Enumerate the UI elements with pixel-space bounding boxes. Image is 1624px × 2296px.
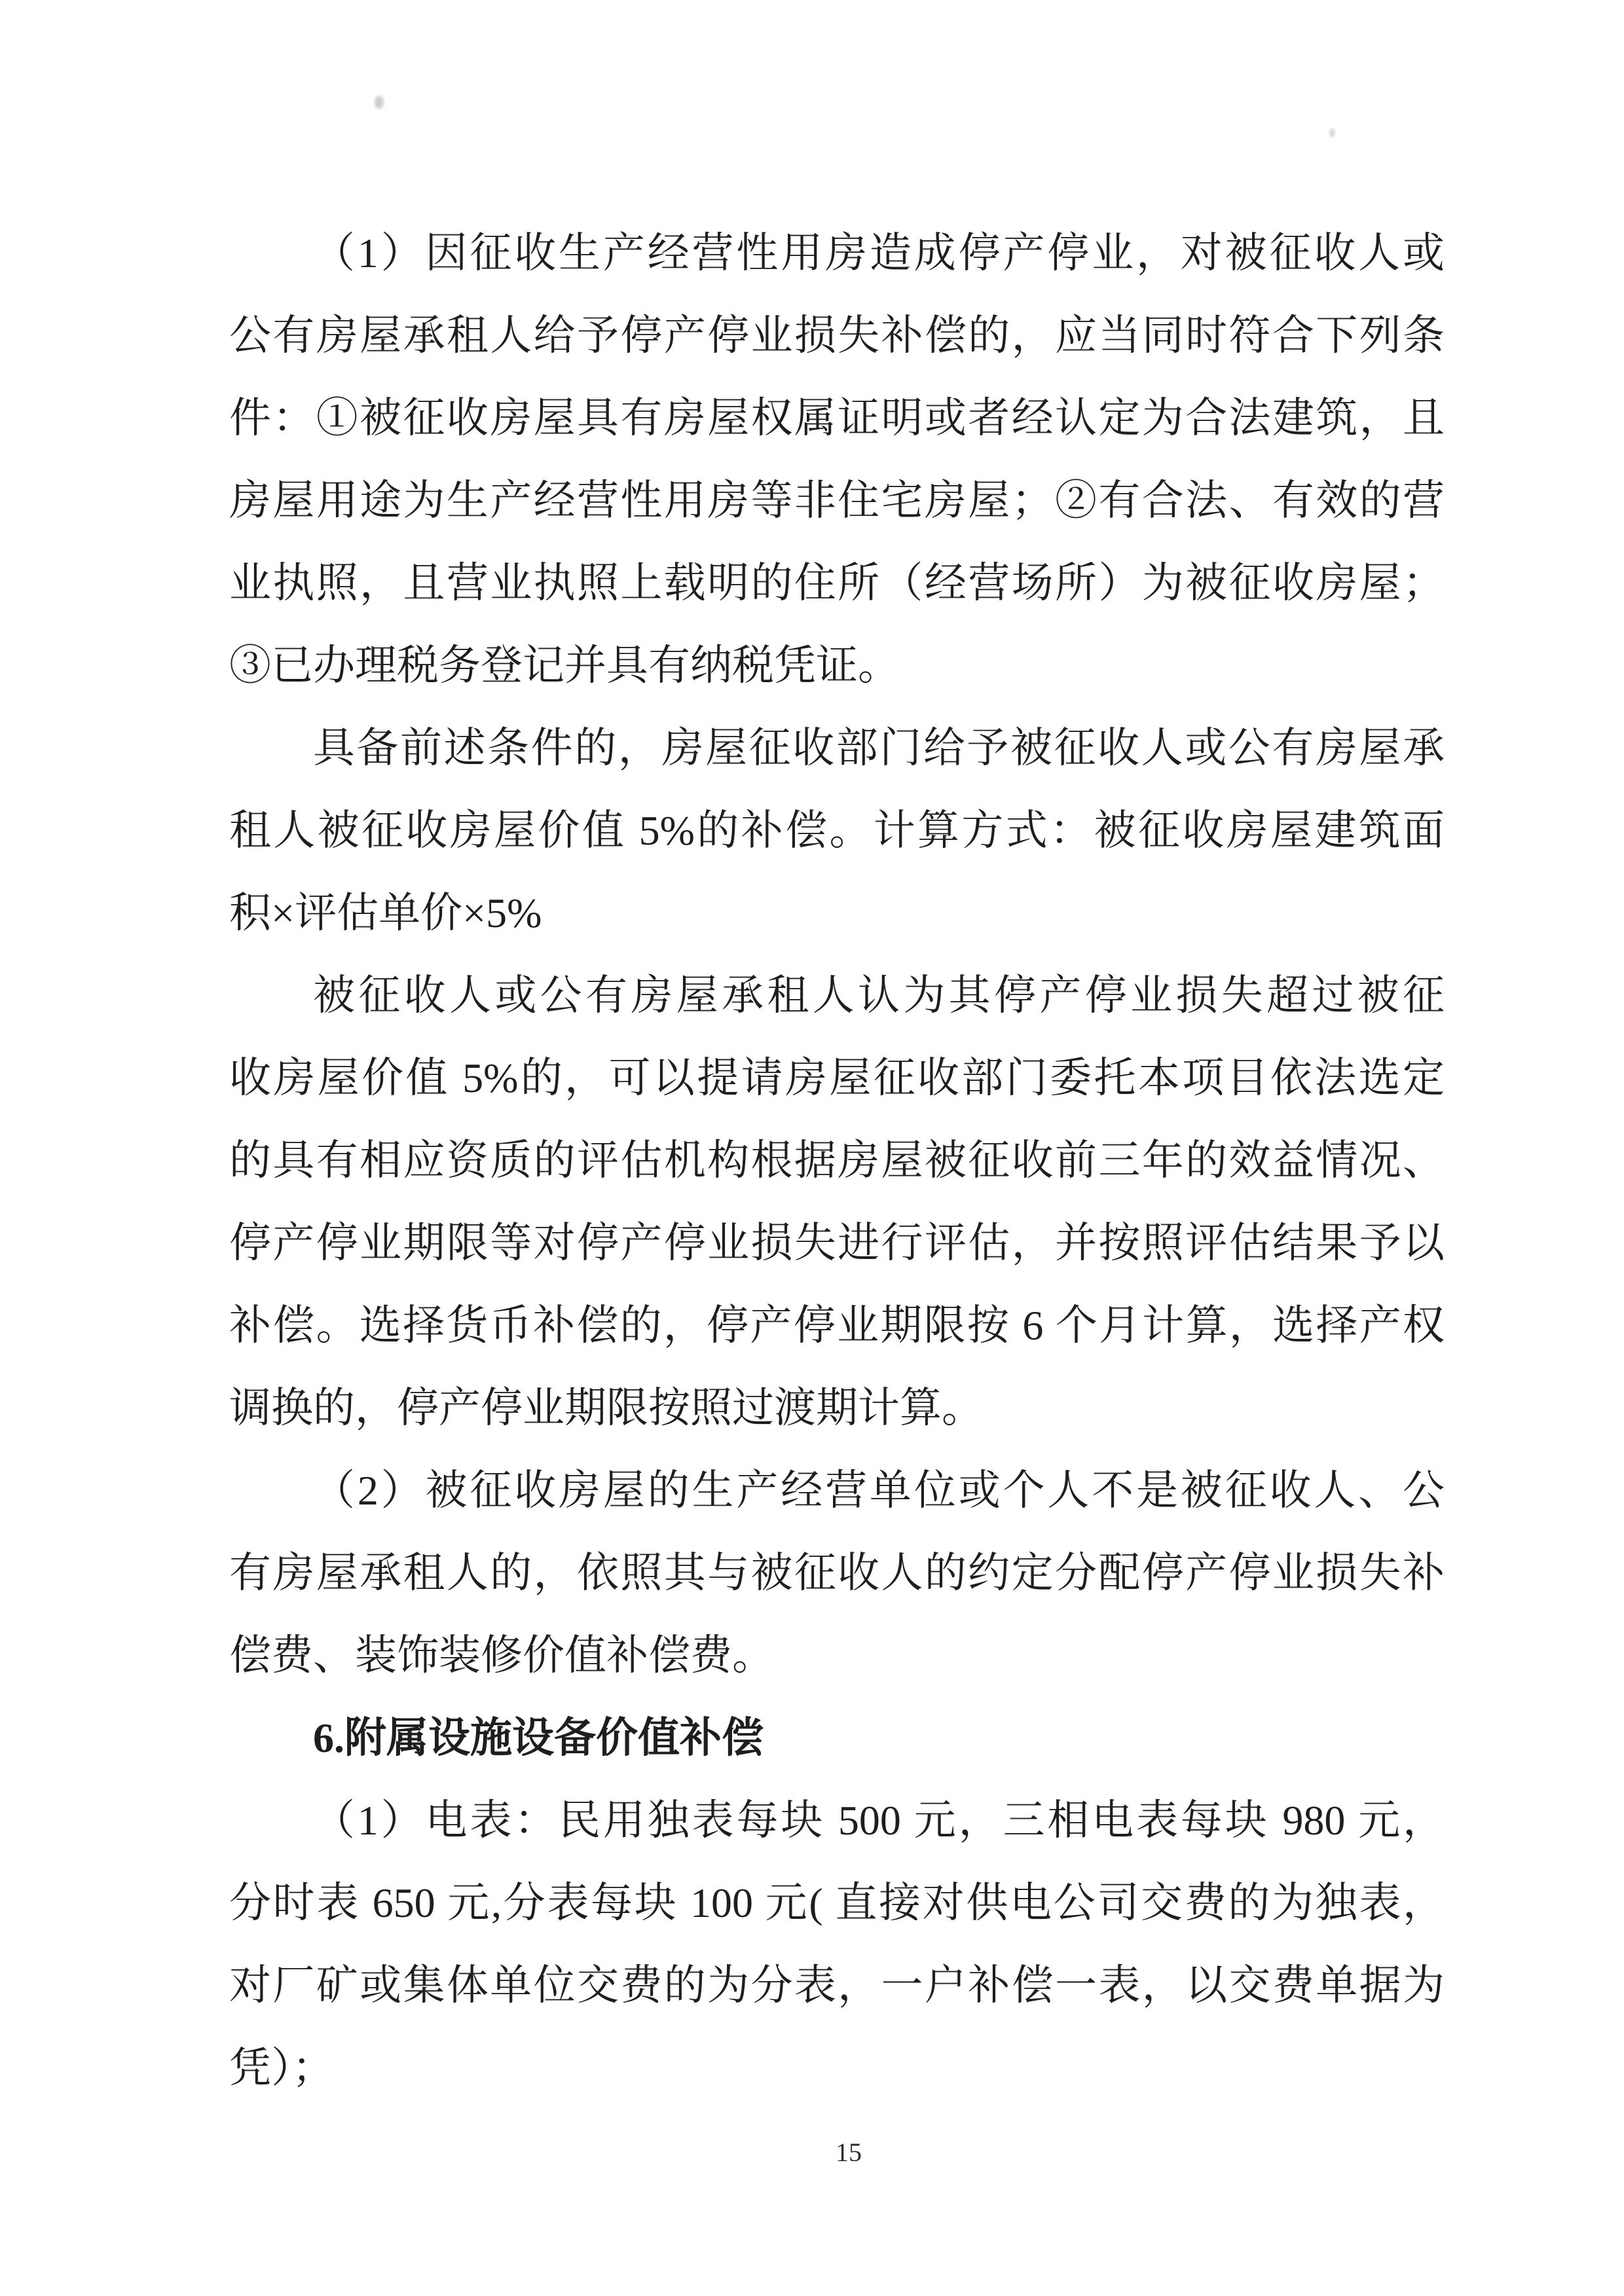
text-line: （1）电表：民用独表每块 500 元，三相电表每块 980 元， — [229, 1779, 1445, 1862]
text-line: 偿费、装饰装修价值补偿费。 — [229, 1614, 1445, 1697]
page-number: 15 — [836, 2138, 862, 2167]
document-body: （1）因征收生产经营性用房造成停产停业，对被征收人或 公有房屋承租人给予停产停业… — [229, 212, 1445, 2109]
scan-artifact — [1329, 128, 1335, 137]
text-line: （2）被征收房屋的生产经营单位或个人不是被征收人、公 — [229, 1449, 1445, 1532]
text-line: 调换的，停产停业期限按照过渡期计算。 — [229, 1367, 1445, 1449]
text-line: （1）因征收生产经营性用房造成停产停业，对被征收人或 — [229, 212, 1445, 295]
text-line: 对厂矿或集体单位交费的为分表，一户补偿一表，以交费单据为 — [229, 1944, 1445, 2027]
text-line: 的具有相应资质的评估机构根据房屋被征收前三年的效益情况、 — [229, 1120, 1445, 1202]
text-line: 收房屋价值 5%的，可以提请房屋征收部门委托本项目依法选定 — [229, 1037, 1445, 1120]
text-line: 具备前述条件的，房屋征收部门给予被征收人或公有房屋承 — [229, 707, 1445, 790]
text-line: 分时表 650 元,分表每块 100 元( 直接对供电公司交费的为独表， — [229, 1862, 1445, 1944]
section-heading: 6.附属设施设备价值补偿 — [229, 1697, 1445, 1779]
text-line: 公有房屋承租人给予停产停业损失补偿的，应当同时符合下列条 — [229, 295, 1445, 377]
text-line: 积×评估单价×5% — [229, 872, 1445, 955]
document-page: （1）因征收生产经营性用房造成停产停业，对被征收人或 公有房屋承租人给予停产停业… — [0, 0, 1624, 2296]
text-line: 被征收人或公有房屋承租人认为其停产停业损失超过被征 — [229, 955, 1445, 1037]
text-line: 补偿。选择货币补偿的，停产停业期限按 6 个月计算，选择产权 — [229, 1285, 1445, 1367]
text-line: 停产停业期限等对停产停业损失进行评估，并按照评估结果予以 — [229, 1202, 1445, 1285]
scan-artifact — [375, 96, 384, 109]
text-line: 凭）； — [229, 2027, 1445, 2109]
text-line: 租人被征收房屋价值 5%的补偿。计算方式：被征收房屋建筑面 — [229, 790, 1445, 872]
text-line: 有房屋承租人的，依照其与被征收人的约定分配停产停业损失补 — [229, 1532, 1445, 1614]
text-line: ③已办理税务登记并具有纳税凭证。 — [229, 625, 1445, 707]
text-line: 房屋用途为生产经营性用房等非住宅房屋；②有合法、有效的营 — [229, 460, 1445, 542]
text-line: 业执照，且营业执照上载明的住所（经营场所）为被征收房屋； — [229, 542, 1445, 625]
text-line: 件：①被征收房屋具有房屋权属证明或者经认定为合法建筑，且 — [229, 377, 1445, 460]
